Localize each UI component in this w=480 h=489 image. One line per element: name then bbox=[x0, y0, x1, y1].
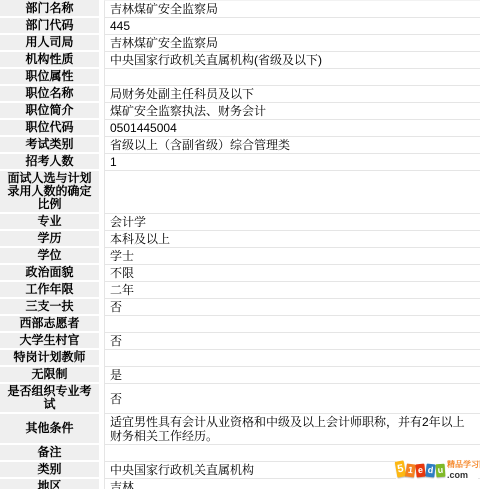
row-label: 机构性质 bbox=[0, 52, 99, 69]
table-row: 面试人选与计划录用人数的确定比例 bbox=[0, 171, 480, 214]
table-row: 无限制 是 bbox=[0, 367, 480, 384]
row-label: 学历 bbox=[0, 231, 99, 248]
row-value bbox=[104, 316, 480, 333]
row-value: 吉林煤矿安全监察局 bbox=[104, 0, 480, 18]
row-value: 是 bbox=[104, 367, 480, 384]
logo-tile-e: e bbox=[415, 464, 425, 478]
table-row: 职位名称 局财务处副主任科员及以下 bbox=[0, 86, 480, 103]
table-row: 特岗计划教师 bbox=[0, 350, 480, 367]
row-label: 其他条件 bbox=[0, 414, 99, 445]
row-label: 无限制 bbox=[0, 367, 99, 384]
row-value: 局财务处副主任科员及以下 bbox=[104, 86, 480, 103]
row-value: 否 bbox=[104, 333, 480, 350]
logo-tiles: 51edu bbox=[396, 461, 445, 479]
row-value bbox=[104, 350, 480, 367]
row-value: 吉林煤矿安全监察局 bbox=[104, 35, 480, 52]
row-label: 工作年限 bbox=[0, 282, 99, 299]
table-row: 是否组织专业考试 否 bbox=[0, 384, 480, 414]
table-row: 机构性质 中央国家行政机关直属机构(省级及以下) bbox=[0, 52, 480, 69]
row-label: 部门代码 bbox=[0, 18, 99, 35]
watermark-domain: .com bbox=[447, 470, 480, 480]
row-value: 省级以上（含副省级）综合管理类 bbox=[104, 137, 480, 154]
row-value: 中央国家行政机关直属机构(省级及以下) bbox=[104, 52, 480, 69]
row-label: 部门名称 bbox=[0, 0, 99, 18]
row-label: 用人司局 bbox=[0, 35, 99, 52]
logo-tile-d: d bbox=[425, 464, 435, 478]
watermark-site-name: 精品学习网 bbox=[447, 460, 480, 470]
row-label: 西部志愿者 bbox=[0, 316, 99, 333]
row-label: 职位名称 bbox=[0, 86, 99, 103]
row-label: 职位代码 bbox=[0, 120, 99, 137]
job-detail-page: 部门名称 吉林煤矿安全监察局 部门代码 445 用人司局 吉林煤矿安全监察局 机… bbox=[0, 0, 480, 489]
row-label: 职位属性 bbox=[0, 69, 99, 86]
table-row: 招考人数 1 bbox=[0, 154, 480, 171]
row-value: 1 bbox=[104, 154, 480, 171]
table-row: 西部志愿者 bbox=[0, 316, 480, 333]
row-label: 学位 bbox=[0, 248, 99, 265]
table-row: 部门名称 吉林煤矿安全监察局 bbox=[0, 0, 480, 18]
row-value: 0501445004 bbox=[104, 120, 480, 137]
row-value bbox=[104, 69, 480, 86]
table-row: 职位属性 bbox=[0, 69, 480, 86]
row-label: 政治面貌 bbox=[0, 265, 99, 282]
watermark-text: 精品学习网 .com bbox=[447, 460, 480, 480]
row-label: 地区 bbox=[0, 479, 99, 489]
row-label: 备注 bbox=[0, 445, 99, 462]
row-label: 专业 bbox=[0, 214, 99, 231]
table-row: 其他条件 适宜男性具有会计从业资格和中级及以上会计师职称，并有2年以上财务相关工… bbox=[0, 414, 480, 445]
table-row: 工作年限 二年 bbox=[0, 282, 480, 299]
row-value: 会计学 bbox=[104, 214, 480, 231]
row-label: 特岗计划教师 bbox=[0, 350, 99, 367]
row-value: 本科及以上 bbox=[104, 231, 480, 248]
row-value: 煤矿安全监察执法、财务会计 bbox=[104, 103, 480, 120]
row-label: 招考人数 bbox=[0, 154, 99, 171]
row-value: 学士 bbox=[104, 248, 480, 265]
logo-tile-u: u bbox=[436, 464, 446, 478]
table-row: 部门代码 445 bbox=[0, 18, 480, 35]
row-label: 三支一扶 bbox=[0, 299, 99, 316]
table-row: 学位 学士 bbox=[0, 248, 480, 265]
row-label: 考试类别 bbox=[0, 137, 99, 154]
row-value: 否 bbox=[104, 299, 480, 316]
table-row: 职位代码 0501445004 bbox=[0, 120, 480, 137]
row-value: 适宜男性具有会计从业资格和中级及以上会计师职称，并有2年以上财务相关工作经历。 bbox=[104, 414, 480, 445]
table-row: 考试类别 省级以上（含副省级）综合管理类 bbox=[0, 137, 480, 154]
row-label: 面试人选与计划录用人数的确定比例 bbox=[0, 171, 99, 214]
table-row: 大学生村官 否 bbox=[0, 333, 480, 350]
table-row: 三支一扶 否 bbox=[0, 299, 480, 316]
row-value: 否 bbox=[104, 384, 480, 414]
table-row: 用人司局 吉林煤矿安全监察局 bbox=[0, 35, 480, 52]
row-value: 二年 bbox=[104, 282, 480, 299]
job-detail-table: 部门名称 吉林煤矿安全监察局 部门代码 445 用人司局 吉林煤矿安全监察局 机… bbox=[0, 0, 480, 489]
row-label: 是否组织专业考试 bbox=[0, 384, 99, 414]
table-row: 专业 会计学 bbox=[0, 214, 480, 231]
row-label: 类别 bbox=[0, 462, 99, 479]
table-row: 职位简介 煤矿安全监察执法、财务会计 bbox=[0, 103, 480, 120]
logo-tile-1: 1 bbox=[405, 463, 416, 477]
row-value: 不限 bbox=[104, 265, 480, 282]
row-label: 大学生村官 bbox=[0, 333, 99, 350]
51edu-watermark-logo: 51edu 精品学习网 .com bbox=[396, 453, 478, 487]
row-label: 职位简介 bbox=[0, 103, 99, 120]
row-value: 445 bbox=[104, 18, 480, 35]
row-value bbox=[104, 171, 480, 214]
table-row: 政治面貌 不限 bbox=[0, 265, 480, 282]
table-row: 学历 本科及以上 bbox=[0, 231, 480, 248]
